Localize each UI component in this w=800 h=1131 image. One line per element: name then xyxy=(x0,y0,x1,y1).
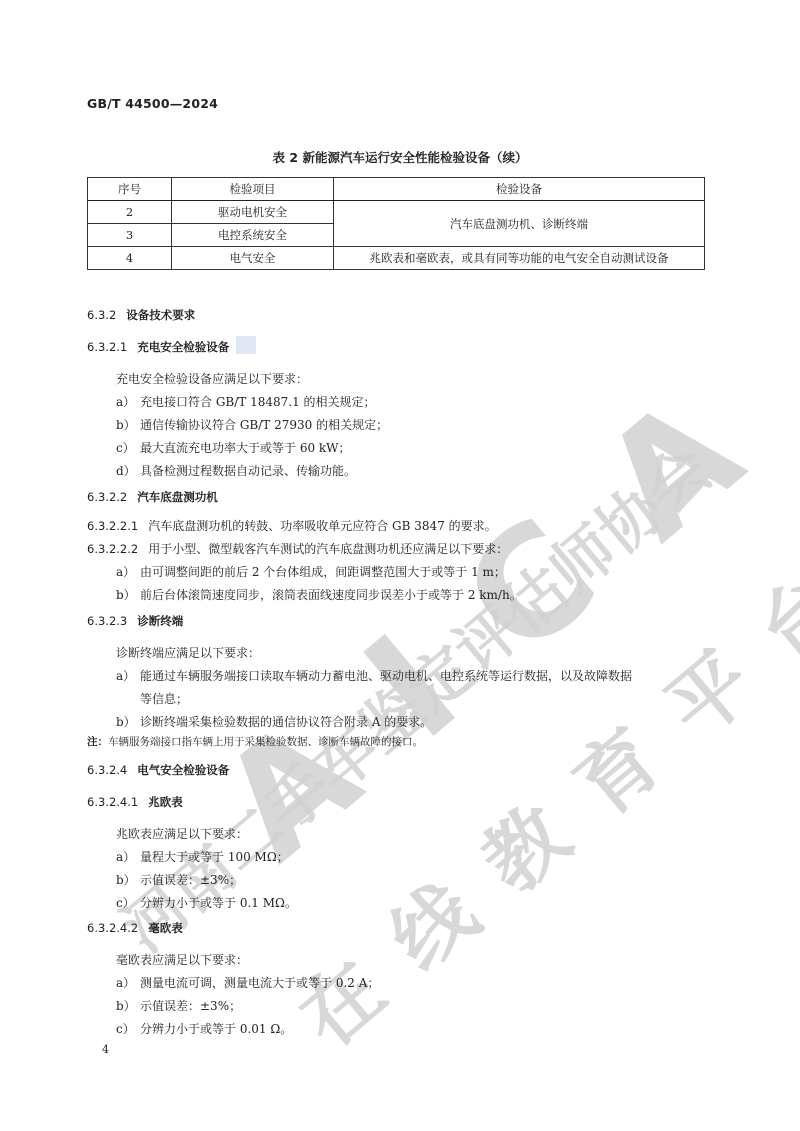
cell-equipment: 汽车底盘测功机、诊断终端 xyxy=(334,201,705,247)
paragraph: 毫欧表应满足以下要求： xyxy=(116,951,248,968)
list-item: a）充电接口符合 GB/T 18487.1 的相关规定； xyxy=(116,393,376,410)
cell-item: 驱动电机安全 xyxy=(172,201,334,224)
section-heading: 6.3.2.4.2毫欧表 xyxy=(87,920,183,936)
list-item: c）分辨力小于或等于 0.01 Ω。 xyxy=(116,1020,292,1037)
section-heading: 6.3.2设备技术要求 xyxy=(87,307,195,323)
clause: 6.3.2.2.2用于小型、微型载客汽车测试的汽车底盘测功机还应满足以下要求： xyxy=(87,540,508,557)
col-header-no: 序号 xyxy=(88,178,172,201)
clause: 6.3.2.2.1汽车底盘测功机的转鼓、功率吸收单元应符合 GB 3847 的要… xyxy=(87,517,497,534)
list-item: b）前后台体滚筒速度同步，滚筒表面线速度同步误差小于或等于 2 km/h。 xyxy=(116,586,522,603)
equipment-table: 序号 检验项目 检验设备 2 驱动电机安全 汽车底盘测功机、诊断终端 3 电控系… xyxy=(87,177,705,270)
list-item: c）分辨力小于或等于 0.1 MΩ。 xyxy=(116,894,297,911)
list-item: d）具备检测过程数据自动记录、传输功能。 xyxy=(116,462,356,479)
col-header-equipment: 检验设备 xyxy=(334,178,705,201)
cell-item: 电控系统安全 xyxy=(172,224,334,247)
section-heading: 6.3.2.4电气安全检验设备 xyxy=(87,762,229,778)
list-item-continuation: 等信息； xyxy=(140,690,188,707)
table-row: 2 驱动电机安全 汽车底盘测功机、诊断终端 xyxy=(88,201,705,224)
col-header-item: 检验项目 xyxy=(172,178,334,201)
list-item: a）量程大于或等于 100 MΩ； xyxy=(116,848,289,865)
standard-id: GB/T 44500—2024 xyxy=(87,96,218,111)
cell-equipment: 兆欧表和毫欧表，或具有同等功能的电气安全自动测试设备 xyxy=(334,247,705,270)
section-heading: 6.3.2.4.1兆欧表 xyxy=(87,794,183,810)
section-heading: 6.3.2.3诊断终端 xyxy=(87,613,183,629)
cell-no: 2 xyxy=(88,201,172,224)
cell-item: 电气安全 xyxy=(172,247,334,270)
list-item: b）通信传输协议符合 GB/T 27930 的相关规定； xyxy=(116,416,388,433)
table-caption: 表 2 新能源汽车运行安全性能检验设备（续） xyxy=(0,148,800,166)
list-item: b）示值误差：±3%； xyxy=(116,997,241,1014)
page-number: 4 xyxy=(102,1043,109,1056)
paragraph: 诊断终端应满足以下要求： xyxy=(116,644,260,661)
cell-no: 4 xyxy=(88,247,172,270)
list-item: a）测量电流可调，测量电流大于或等于 0.2 A； xyxy=(116,974,379,991)
selection-marker xyxy=(236,336,256,354)
section-heading: 6.3.2.2汽车底盘测功机 xyxy=(87,489,218,505)
list-item: b）示值误差：±3%； xyxy=(116,871,241,888)
note: 注：车辆服务端接口指车辆上用于采集检验数据、诊断车辆故障的接口。 xyxy=(87,734,423,749)
paragraph: 兆欧表应满足以下要求： xyxy=(116,825,248,842)
table-row: 4 电气安全 兆欧表和毫欧表，或具有同等功能的电气安全自动测试设备 xyxy=(88,247,705,270)
section-heading: 6.3.2.1充电安全检验设备 xyxy=(87,339,229,355)
cell-no: 3 xyxy=(88,224,172,247)
list-item: a）由可调整间距的前后 2 个台体组成，间距调整范围大于或等于 1 m； xyxy=(116,563,506,580)
paragraph: 充电安全检验设备应满足以下要求： xyxy=(116,370,308,387)
list-item: a）能通过车辆服务端接口读取车辆动力蓄电池、驱动电机、电控系统等运行数据，以及故… xyxy=(116,667,632,684)
list-item: b）诊断终端采集检验数据的通信协议符合附录 A 的要求。 xyxy=(116,713,432,730)
list-item: c）最大直流充电功率大于或等于 60 kW； xyxy=(116,439,351,456)
